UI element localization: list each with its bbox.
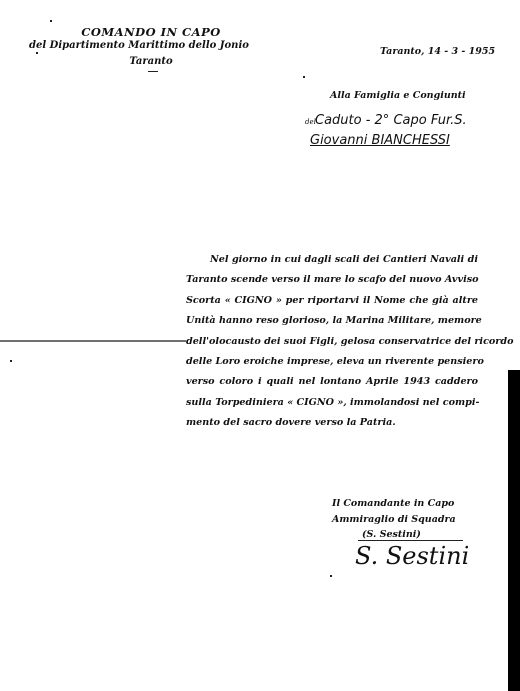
body-line: Taranto scende verso il mare lo scafo de… [186, 270, 478, 290]
letterhead-underline [148, 71, 158, 72]
body-line: Unità hanno reso glorioso, la Marina Mil… [186, 311, 478, 331]
closing-name: (S. Sestini) [362, 529, 421, 540]
body-line: dell'olocausto dei suoi Figli, gelosa co… [186, 332, 478, 352]
letter-body: Nel giorno in cui dagli scali dei Cantie… [186, 250, 478, 434]
letter-date: Taranto, 14 - 3 - 1955 [380, 46, 495, 57]
signature-line [358, 540, 463, 541]
scan-speck [330, 575, 332, 577]
body-line: verso coloro i quali nel lontano Aprile … [186, 372, 478, 392]
scan-artifact-edge [508, 370, 520, 691]
letterhead-city: Taranto [76, 56, 226, 67]
recipient-salutation: Alla Famiglia e Congiunti [330, 90, 466, 101]
handwritten-signature: S. Sestini [355, 542, 469, 570]
closing-title: Il Comandante in Capo [332, 498, 454, 509]
body-line: Nel giorno in cui dagli scali dei Cantie… [186, 250, 478, 270]
scan-speck [36, 52, 38, 54]
scan-speck [50, 20, 52, 22]
scan-speck [10, 360, 12, 362]
body-line: mento del sacro dovere verso la Patria. [186, 413, 478, 433]
scan-speck [303, 76, 305, 78]
closing-rank: Ammiraglio di Squadra [332, 514, 456, 525]
body-line: delle Loro eroiche imprese, eleva un riv… [186, 352, 478, 372]
letterhead-department: del Dipartimento Marittimo dello Jonio [24, 40, 254, 51]
handwritten-name: Giovanni BIANCHESSI [310, 133, 450, 148]
body-line: sulla Torpediniera « CIGNO », immolandos… [186, 393, 478, 413]
body-line: Scorta « CIGNO » per riportarvi il Nome … [186, 291, 478, 311]
letterhead-title: COMANDO IN CAPO [76, 25, 226, 39]
scan-artifact-streak [0, 340, 186, 342]
handwritten-rank: Caduto - 2° Capo Fur.S. [315, 113, 467, 128]
